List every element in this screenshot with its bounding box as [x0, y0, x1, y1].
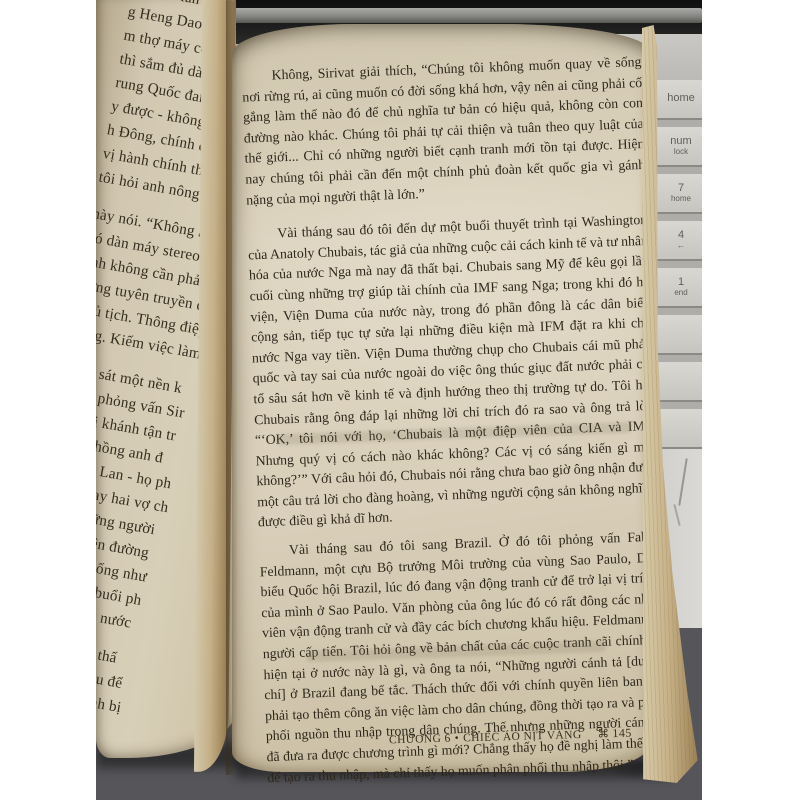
laptop-hinge-bar: [206, 8, 702, 23]
key-label: 1: [678, 277, 684, 289]
key-sub-label: lock: [674, 148, 688, 156]
chapter-number: CHƯƠNG 6: [389, 733, 451, 747]
key-label: 4: [678, 230, 684, 242]
page-number: 145: [613, 726, 633, 741]
book-gutter-shadow: [226, 0, 238, 775]
footer-ornament-icon: ⌘: [598, 726, 610, 740]
book-photo: home num lock 7 home 4 ← 1 end: [96, 0, 702, 800]
key-label: num: [670, 136, 691, 148]
numpad-key: home: [652, 80, 702, 120]
numpad-key: 1 end: [652, 268, 702, 308]
key-sub-label: end: [674, 289, 687, 297]
key-label: 7: [678, 183, 684, 195]
right-page: Không, Sirivat giải thích, “Chúng tôi kh…: [232, 24, 648, 772]
page-paragraph: Vài tháng sau đó tôi đến dự một buổi thu…: [247, 210, 658, 533]
key-sub-label: ←: [677, 242, 685, 250]
cable-mark: [673, 504, 680, 526]
numpad-key: num lock: [652, 127, 702, 167]
chapter-title: CHIẾC ÁO NỊT VÀNG: [463, 729, 582, 744]
key-sub-label: home: [671, 195, 691, 203]
page-paragraph: Không, Sirivat giải thích, “Chúng tôi kh…: [241, 52, 646, 211]
numpad-key: 4 ←: [652, 221, 702, 261]
key-label: home: [667, 93, 695, 105]
numpad-key: 7 home: [652, 174, 702, 214]
cable-mark: [678, 458, 687, 506]
footer-bullet: •: [455, 732, 460, 744]
numpad-key: [652, 315, 702, 355]
